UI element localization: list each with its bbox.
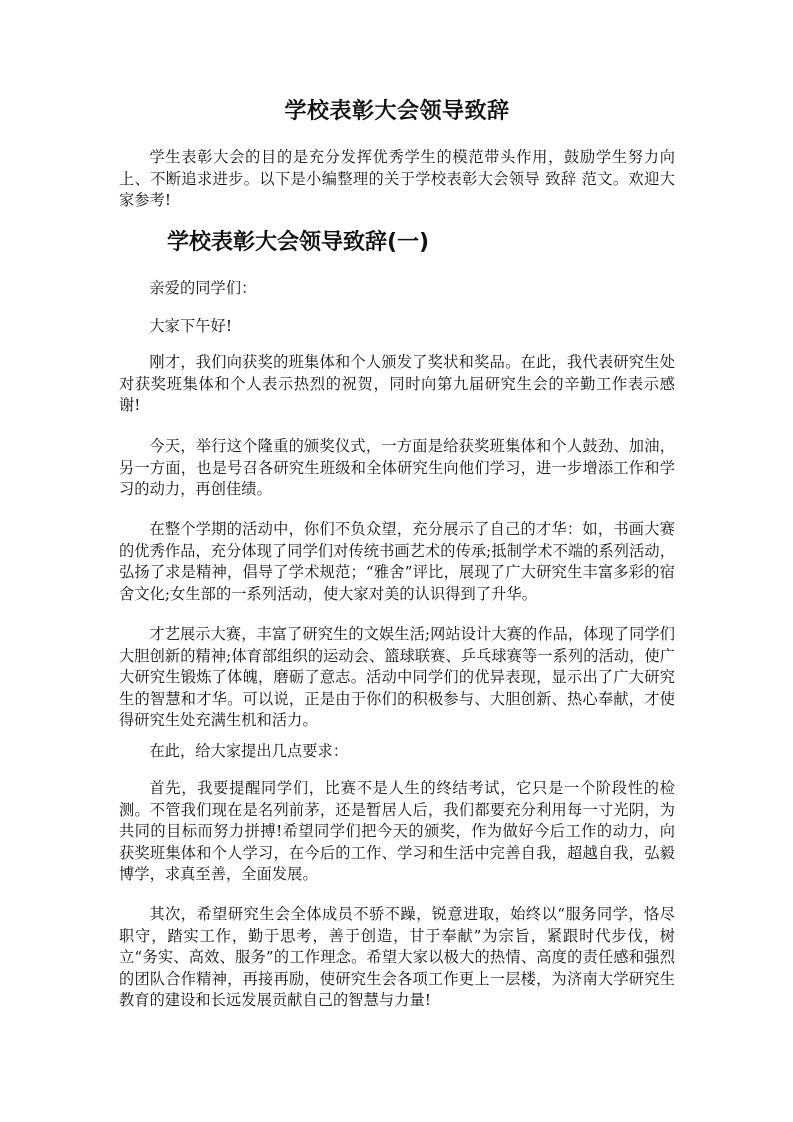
- body-paragraph: 刚才，我们向获奖的班集体和个人颁发了奖状和奖品。在此，我代表研究生处对获奖班集体…: [119, 352, 675, 417]
- intro-paragraph: 学生表彰大会的目的是充分发挥优秀学生的模范带头作用，鼓励学生努力向上、不断追求进…: [119, 147, 675, 212]
- greeting: 大家下午好!: [119, 316, 675, 338]
- section-title: 学校表彰大会领导致辞(一): [167, 228, 429, 258]
- document-title: 学校表彰大会领导致辞: [119, 97, 675, 127]
- body-paragraph: 首先，我要提醒同学们，比赛不是人生的终结考试，它只是一个阶段性的检测。不管我们现…: [119, 778, 675, 886]
- body-paragraph: 其次，希望研究生会全体成员不骄不躁，锐意进取，始终以“服务同学，恪尽职守，踏实工…: [119, 904, 675, 1012]
- salutation: 亲爱的同学们：: [119, 278, 675, 300]
- body-paragraph: 才艺展示大赛，丰富了研究生的文娱生活;网站设计大赛的作品，体现了同学们大胆创新的…: [119, 624, 675, 732]
- body-paragraph: 在此，给大家提出几点要求：: [119, 741, 675, 763]
- body-paragraph: 今天，举行这个隆重的颁奖仪式，一方面是给获奖班集体和个人鼓劲、加油，另一方面，也…: [119, 436, 675, 501]
- body-paragraph: 在整个学期的活动中，你们不负众望，充分展示了自己的才华：如，书画大赛的优秀作品，…: [119, 519, 675, 605]
